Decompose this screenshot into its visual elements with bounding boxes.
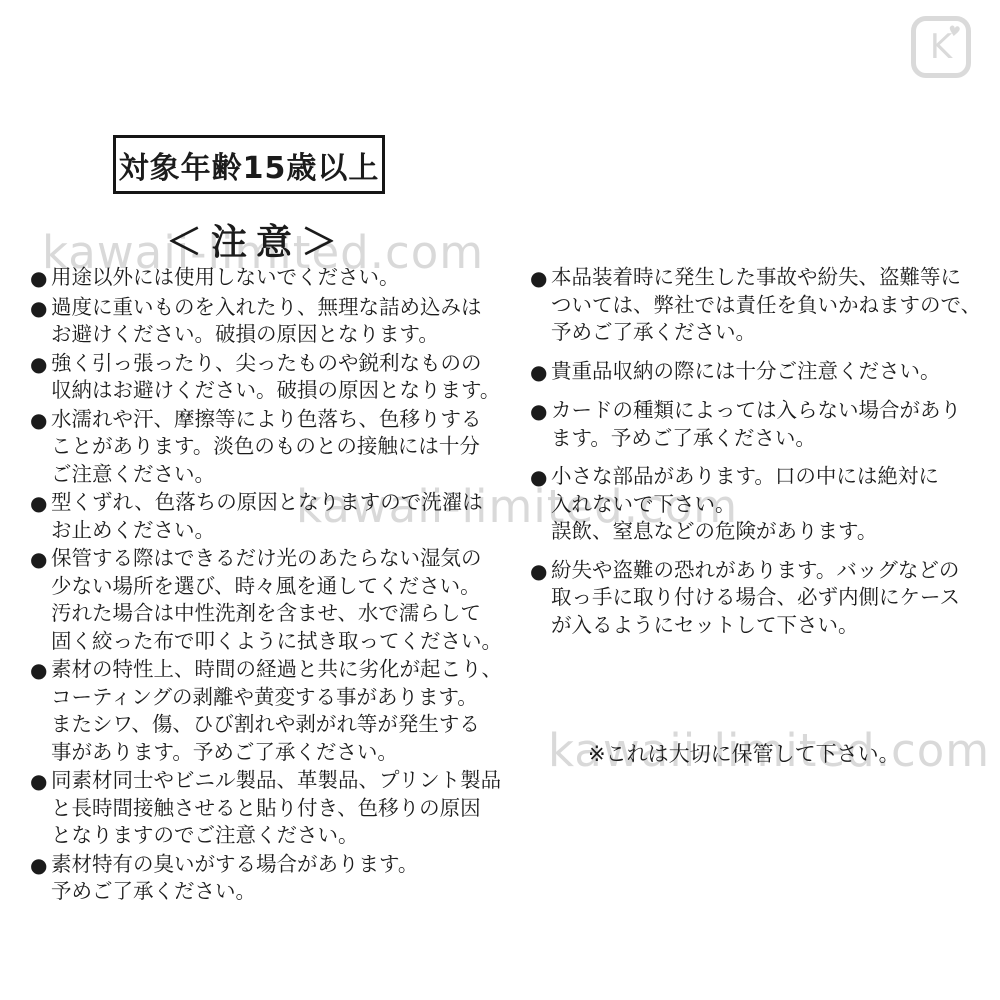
caution-text: 水濡れや汗、摩擦等により色落ち、色移りする ことがあります。淡色のものとの接触に… xyxy=(51,406,516,489)
bullet-dot-icon: ● xyxy=(30,768,51,796)
caution-item: ● 同素材同士やビニル製品、革製品、プリント製品 と長時間接触させると貼り付き、… xyxy=(30,767,516,850)
caution-item: ● カードの種類によっては入らない場合があり ます。予めご了承ください。 xyxy=(530,397,992,452)
caution-text: 素材の特性上、時間の経過と共に劣化が起こり、 コーティングの剥離や黄変する事があ… xyxy=(51,656,516,766)
bullet-dot-icon: ● xyxy=(30,852,51,880)
caution-item: ● 素材特有の臭いがする場合があります。 予めご了承ください。 xyxy=(30,851,516,906)
caution-list-left: ● 用途以外には使用しないでください。 ● 過度に重いものを入れたり、無理な詰め… xyxy=(30,264,516,907)
bullet-dot-icon: ● xyxy=(30,546,51,574)
caution-text: 貴重品収納の際には十分ご注意ください。 xyxy=(551,358,992,386)
bullet-dot-icon: ● xyxy=(530,265,551,293)
caution-item: ● 水濡れや汗、摩擦等により色落ち、色移りする ことがあります。淡色のものとの接… xyxy=(30,406,516,489)
caution-text: カードの種類によっては入らない場合があり ます。予めご了承ください。 xyxy=(551,397,992,452)
caution-text: 同素材同士やビニル製品、革製品、プリント製品 と長時間接触させると貼り付き、色移… xyxy=(51,767,516,850)
caution-list-right: ● 本品装着時に発生した事故や紛失、盗難等に ついては、弊社では責任を負いかねま… xyxy=(530,264,992,650)
caution-item: ● 貴重品収納の際には十分ご注意ください。 xyxy=(530,358,992,387)
caution-item: ● 素材の特性上、時間の経過と共に劣化が起こり、 コーティングの剥離や黄変する事… xyxy=(30,656,516,766)
bullet-dot-icon: ● xyxy=(530,398,551,426)
caution-text: 本品装着時に発生した事故や紛失、盗難等に ついては、弊社では責任を負いかねますの… xyxy=(551,264,992,347)
caution-sheet: kawaii-limited.com kawaii-limited.com ka… xyxy=(0,0,1000,1000)
caution-item: ● 型くずれ、色落ちの原因となりますので洗濯は お止めください。 xyxy=(30,489,516,544)
caution-text: 用途以外には使用しないでください。 xyxy=(51,264,516,292)
caution-item: ● 本品装着時に発生した事故や紛失、盗難等に ついては、弊社では責任を負いかねま… xyxy=(530,264,992,347)
caution-text: 型くずれ、色落ちの原因となりますので洗濯は お止めください。 xyxy=(51,489,516,544)
bullet-dot-icon: ● xyxy=(30,351,51,379)
caution-heading: ＜注意＞ xyxy=(40,214,472,265)
bullet-dot-icon: ● xyxy=(530,558,551,586)
caution-item: ● 紛失や盗難の恐れがあります。バッグなどの 取っ手に取り付ける場合、必ず内側に… xyxy=(530,557,992,640)
caution-item: ● 用途以外には使用しないでください。 xyxy=(30,264,516,293)
caution-text: 紛失や盗難の恐れがあります。バッグなどの 取っ手に取り付ける場合、必ず内側にケー… xyxy=(551,557,992,640)
bullet-dot-icon: ● xyxy=(530,464,551,492)
caution-text: 強く引っ張ったり、尖ったものや鋭利なものの 収納はお避けください。破損の原因とな… xyxy=(51,350,516,405)
caution-text: 過度に重いものを入れたり、無理な詰め込みは お避けください。破損の原因となります… xyxy=(51,294,516,349)
bullet-dot-icon: ● xyxy=(30,490,51,518)
bullet-dot-icon: ● xyxy=(530,359,551,387)
kawaii-limited-logo: K ♥ xyxy=(911,16,971,78)
caution-item: ● 過度に重いものを入れたり、無理な詰め込みは お避けください。破損の原因となり… xyxy=(30,294,516,349)
caution-text: 小さな部品があります。口の中には絶対に 入れないで下さい。 誤飲、窒息などの危険… xyxy=(551,463,992,546)
age-restriction-box: 対象年齢15歳以上 xyxy=(113,135,385,194)
bullet-dot-icon: ● xyxy=(30,407,51,435)
bullet-dot-icon: ● xyxy=(30,265,51,293)
bullet-dot-icon: ● xyxy=(30,295,51,323)
age-restriction-text: 対象年齢15歳以上 xyxy=(119,143,380,187)
caution-item: ● 小さな部品があります。口の中には絶対に 入れないで下さい。 誤飲、窒息などの… xyxy=(530,463,992,546)
caution-item: ● 強く引っ張ったり、尖ったものや鋭利なものの 収納はお避けください。破損の原因… xyxy=(30,350,516,405)
storage-note: ※これは大切に保管して下さい。 xyxy=(588,738,900,768)
bullet-dot-icon: ● xyxy=(30,657,51,685)
caution-text: 保管する際はできるだけ光のあたらない湿気の 少ない場所を選び、時々風を通してくだ… xyxy=(51,545,516,655)
caution-item: ● 保管する際はできるだけ光のあたらない湿気の 少ない場所を選び、時々風を通して… xyxy=(30,545,516,655)
caution-text: 素材特有の臭いがする場合があります。 予めご了承ください。 xyxy=(51,851,516,906)
